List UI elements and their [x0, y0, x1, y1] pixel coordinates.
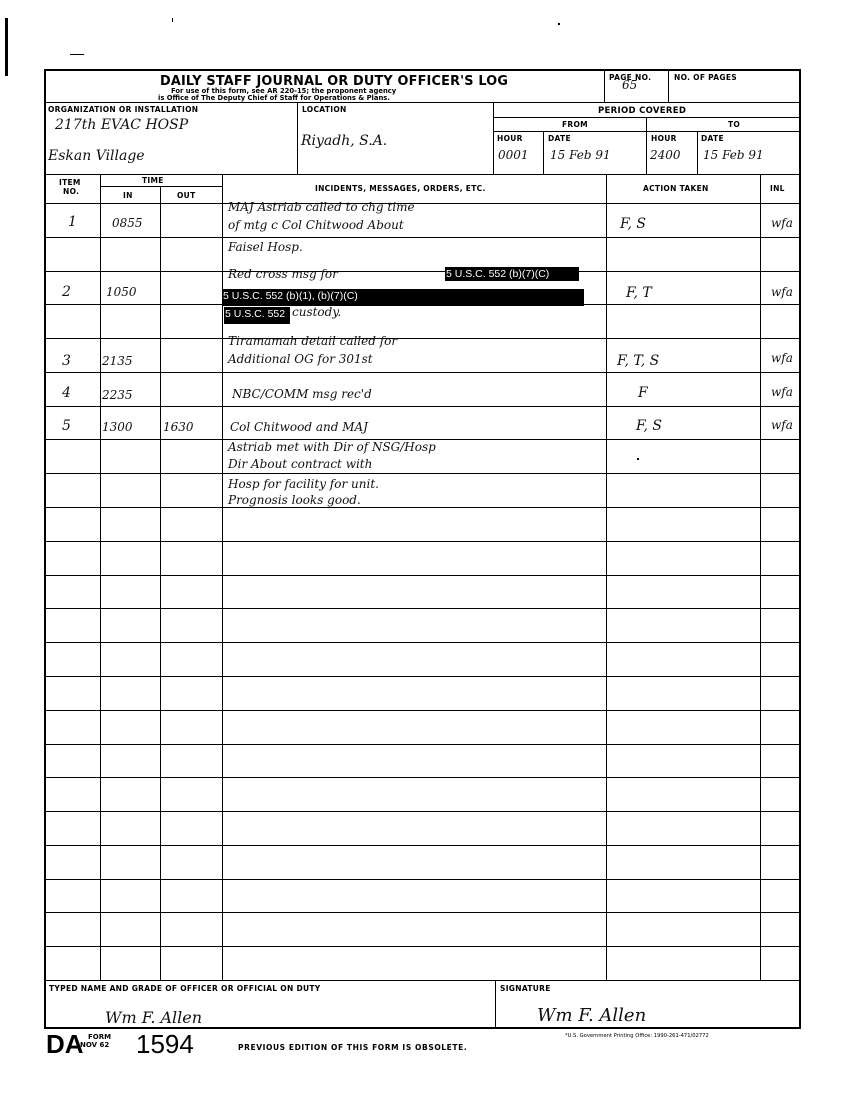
- entry-4-text-line1[interactable]: NBC/COMM msg rec'd: [232, 387, 372, 401]
- divider: [297, 102, 298, 174]
- from-date-value[interactable]: 15 Feb 91: [550, 148, 611, 162]
- entry-1-item[interactable]: 1: [68, 214, 77, 230]
- column-divider: [760, 174, 761, 980]
- from-hour-label: HOUR: [497, 134, 523, 143]
- row-line: [44, 372, 801, 373]
- entry-2-initials[interactable]: wfa: [771, 285, 793, 299]
- row-line: [44, 203, 801, 204]
- entry-1-time-in[interactable]: 0855: [112, 216, 143, 230]
- signature-label: SIGNATURE: [500, 984, 551, 993]
- entry-1-action[interactable]: F, S: [620, 216, 646, 232]
- to-date-label: DATE: [701, 134, 724, 143]
- divider: [543, 131, 544, 174]
- form-date: NOV 62: [80, 1041, 111, 1049]
- time-out-header: OUT: [177, 191, 195, 200]
- period-covered-label: PERIOD COVERED: [598, 106, 686, 116]
- location-value[interactable]: Riyadh, S.A.: [301, 133, 387, 149]
- row-line: [44, 507, 801, 508]
- entry-1-text-line2[interactable]: of mtg c Col Chitwood About: [228, 218, 404, 232]
- entry-4-initials[interactable]: wfa: [771, 385, 793, 399]
- divider: [668, 69, 669, 102]
- form-tag: FORM NOV 62: [80, 1033, 111, 1049]
- organization-value-line1[interactable]: 217th EVAC HOSP: [55, 117, 188, 133]
- signature-value[interactable]: Wm F. Allen: [537, 1005, 646, 1026]
- scan-speck: [70, 54, 84, 55]
- entry-2-action[interactable]: F, T: [626, 285, 652, 301]
- time-in-header: IN: [123, 191, 133, 200]
- divider: [493, 117, 801, 118]
- divider: [646, 117, 647, 174]
- entry-3-text-line1[interactable]: Tiramamah detail called for: [228, 334, 397, 348]
- divider: [493, 131, 801, 132]
- entry-5-time-out[interactable]: 1630: [163, 420, 194, 434]
- row-line: [44, 338, 801, 339]
- divider: [44, 174, 801, 175]
- column-divider: [100, 174, 101, 980]
- row-line: [44, 946, 801, 947]
- row-line: [44, 811, 801, 812]
- entry-5-text-line1[interactable]: Col Chitwood and MAJ: [230, 420, 368, 434]
- typed-name-value[interactable]: Wm F. Allen: [105, 1008, 202, 1027]
- initials-header: INL: [770, 184, 785, 193]
- row-line: [44, 879, 801, 880]
- entry-4-time-in[interactable]: 2235: [102, 388, 133, 402]
- scan-speck: [637, 458, 639, 460]
- entry-3-action[interactable]: F, T, S: [617, 353, 659, 369]
- to-label: TO: [728, 120, 740, 129]
- row-line: [44, 608, 801, 609]
- row-line: [44, 676, 801, 677]
- row-line: [44, 642, 801, 643]
- divider: [697, 131, 698, 174]
- time-header: TIME: [142, 176, 164, 185]
- divider: [44, 102, 801, 103]
- location-label: LOCATION: [302, 105, 347, 114]
- entry-5-time-in[interactable]: 1300: [102, 420, 133, 434]
- entry-3-item[interactable]: 3: [62, 353, 71, 369]
- entry-5-item[interactable]: 5: [62, 418, 71, 434]
- redaction-block: 5 U.S.C. 552 (b)(1), (b)(7)(C): [222, 289, 584, 306]
- divider: [100, 186, 222, 187]
- typed-name-label: TYPED NAME AND GRADE OF OFFICER OR OFFIC…: [49, 984, 321, 993]
- item-no-header-line1: ITEM: [59, 178, 81, 187]
- from-hour-value[interactable]: 0001: [498, 148, 529, 162]
- to-date-value[interactable]: 15 Feb 91: [703, 148, 764, 162]
- redaction-block: 5 U.S.C. 552: [224, 307, 290, 324]
- page-no-value[interactable]: 65: [622, 78, 637, 92]
- from-date-label: DATE: [548, 134, 571, 143]
- entry-2-time-in[interactable]: 1050: [106, 285, 137, 299]
- row-line: [44, 541, 801, 542]
- obsolete-notice: PREVIOUS EDITION OF THIS FORM IS OBSOLET…: [238, 1043, 467, 1052]
- form-prefix: DA: [46, 1030, 84, 1058]
- row-line: [44, 710, 801, 711]
- to-hour-value[interactable]: 2400: [650, 148, 681, 162]
- entry-3-time-in[interactable]: 2135: [102, 354, 133, 368]
- action-taken-header: ACTION TAKEN: [643, 184, 709, 193]
- organization-label: ORGANIZATION OR INSTALLATION: [48, 105, 198, 114]
- entry-5-text-line2[interactable]: Astriab met with Dir of NSG/Hosp: [228, 440, 436, 454]
- form-word: FORM: [80, 1033, 111, 1041]
- entry-1-text-line3[interactable]: Faisel Hosp.: [228, 240, 303, 254]
- row-line: [44, 473, 801, 474]
- form-number: 1594: [136, 1030, 194, 1058]
- row-line: [44, 271, 801, 272]
- entry-2-text-line1[interactable]: Red cross msg for: [228, 267, 338, 281]
- row-line: [44, 912, 801, 913]
- column-divider: [606, 174, 607, 980]
- form-subtitle-line2: is Office of The Deputy Chief of Staff f…: [158, 95, 390, 102]
- row-line: [44, 744, 801, 745]
- gpo-notice: *U.S. Government Printing Office: 1990-2…: [565, 1033, 709, 1039]
- divider: [44, 980, 801, 981]
- entry-5-text-line3[interactable]: Dir About contract with: [228, 457, 372, 471]
- entry-4-action[interactable]: F: [638, 385, 648, 401]
- scan-edge-mark: [5, 18, 8, 76]
- scan-speck: [558, 23, 560, 25]
- divider: [604, 69, 605, 102]
- item-no-header-line2: NO.: [63, 187, 79, 196]
- row-line: [44, 406, 801, 407]
- to-hour-label: HOUR: [651, 134, 677, 143]
- redaction-block: 5 U.S.C. 552 (b)(7)(C): [445, 267, 579, 281]
- row-line: [44, 575, 801, 576]
- entry-2-item[interactable]: 2: [62, 284, 71, 300]
- row-line: [44, 845, 801, 846]
- entry-3-initials[interactable]: wfa: [771, 351, 793, 365]
- entry-5-action[interactable]: F, S: [636, 418, 662, 434]
- duty-log-form: [44, 69, 801, 1029]
- incidents-header: INCIDENTS, MESSAGES, ORDERS, ETC.: [315, 184, 486, 193]
- from-label: FROM: [562, 120, 588, 129]
- scan-speck: [172, 18, 173, 22]
- entry-4-item[interactable]: 4: [62, 385, 71, 401]
- entry-5-initials[interactable]: wfa: [771, 418, 793, 432]
- row-line: [44, 237, 801, 238]
- entry-5-text-line4[interactable]: Hosp for facility for unit.: [228, 477, 379, 491]
- entry-1-initials[interactable]: wfa: [771, 216, 793, 230]
- entry-2-text-line3[interactable]: custody.: [292, 305, 341, 319]
- entry-5-text-line5[interactable]: Prognosis looks good.: [228, 493, 361, 507]
- row-line: [44, 777, 801, 778]
- entry-3-text-line2[interactable]: Additional OG for 301st: [228, 352, 373, 366]
- divider: [493, 102, 494, 174]
- organization-value-line2[interactable]: Eskan Village: [48, 148, 145, 164]
- divider: [495, 980, 496, 1029]
- entry-1-text-line1[interactable]: MAJ Astriab called to chg time: [228, 200, 415, 214]
- no-of-pages-label: NO. OF PAGES: [674, 73, 737, 82]
